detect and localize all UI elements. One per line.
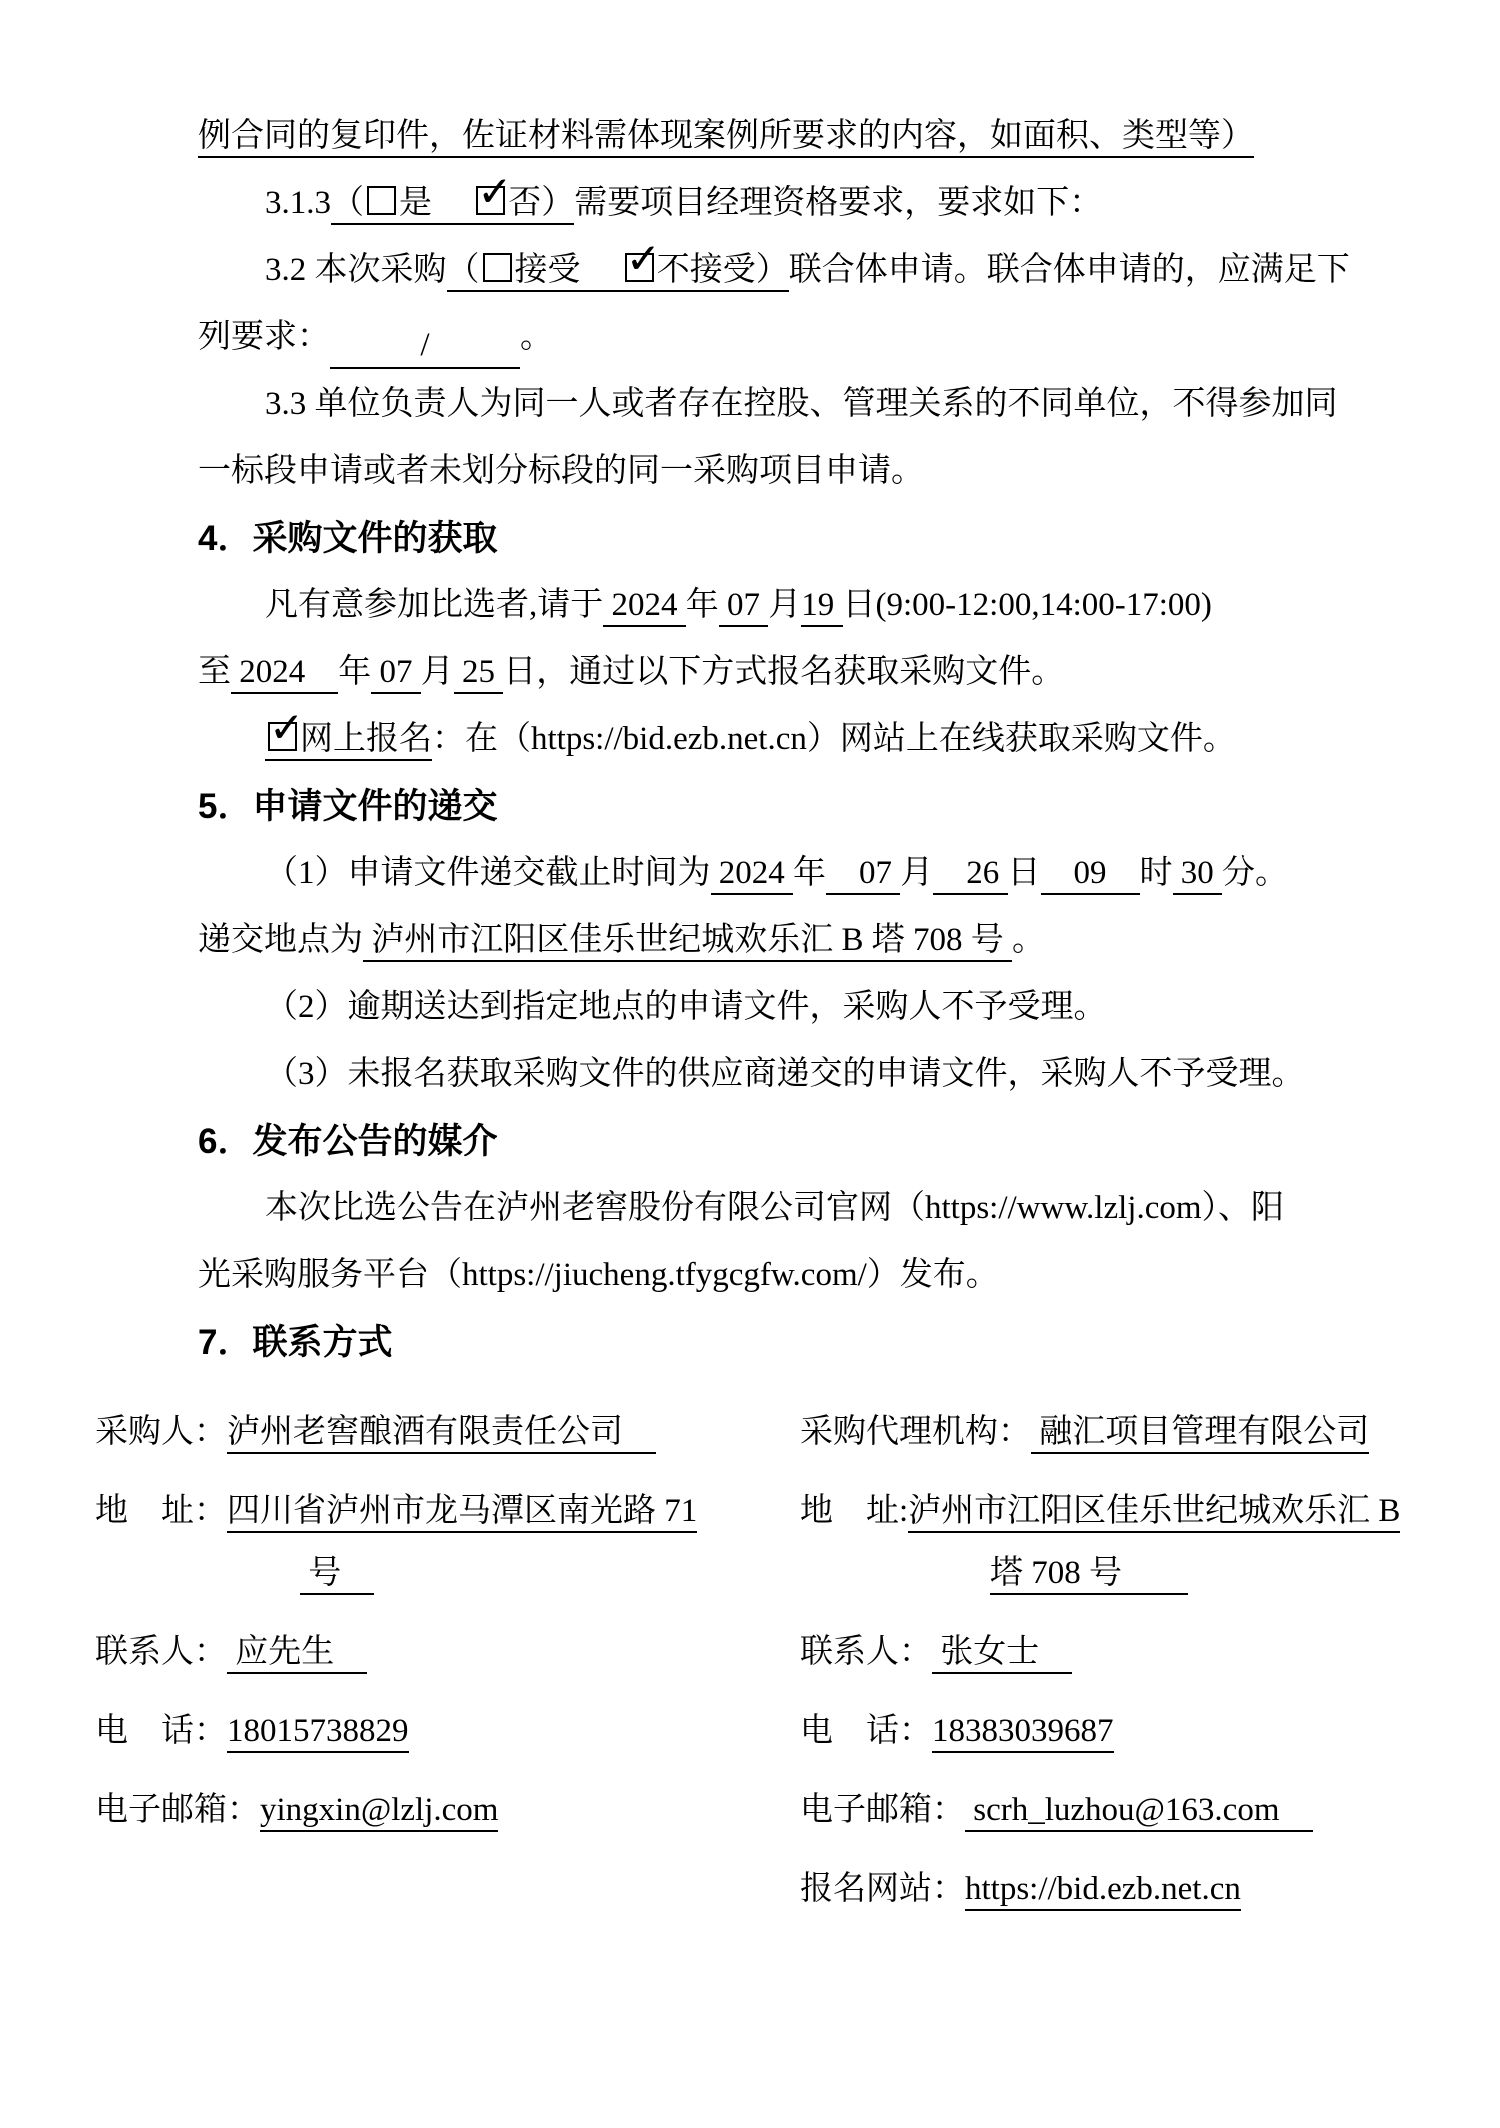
- line-late-submission: （2）逾期送达到指定地点的申请文件，采购人不予受理。: [198, 974, 1412, 1041]
- agency-address-value: 泸州市江阳区佳乐世纪城欢乐汇 B: [908, 1493, 1400, 1533]
- buyer-address-value-wrap: 号: [300, 1555, 374, 1595]
- online-signup-text: ：在（https://bid.ezb.net.cn）网站上在线获取采购文件。: [432, 721, 1236, 757]
- agency-cell: 采购代理机构： 融汇项目管理有限公司: [800, 1401, 1412, 1463]
- agency-contact-cell: 联系人： 张女士: [800, 1621, 1412, 1683]
- agency-address-line2: 塔 708 号: [800, 1542, 1412, 1604]
- agency-address-value-wrap: 塔 708 号: [990, 1555, 1188, 1595]
- buyer-address-line2: 号: [95, 1542, 800, 1604]
- clause-3-2-text: 联合体申请。联合体申请的，应满足下: [789, 252, 1350, 288]
- contact-row-person: 联系人： 应先生 联系人： 张女士: [95, 1621, 1412, 1683]
- hour-field: 09: [1041, 855, 1140, 895]
- line-clause-3-2-wrap: 列要求：/。: [198, 304, 1412, 371]
- location-lead: 递交地点为: [198, 922, 363, 958]
- contact-row-email: 电子邮箱：yingxin@lzlj.com 电子邮箱： scrh_luzhou@…: [95, 1779, 1412, 1841]
- minute-label: 分。: [1222, 855, 1288, 891]
- agency-phone-cell: 电 话：18383039687: [800, 1700, 1412, 1762]
- buyer-value: 泸州老窖酿酒有限责任公司: [227, 1414, 656, 1454]
- month-label: 月: [900, 855, 933, 891]
- line-clause-3-1-3: 3.1.3（是 ✓否）需要项目经理资格要求，要求如下：: [198, 170, 1412, 237]
- line-clause-3-3: 3.3 单位负责人为同一人或者存在控股、管理关系的不同单位，不得参加同: [198, 371, 1412, 438]
- address-label: 地 址:: [800, 1493, 908, 1529]
- phone-label: 电 话：: [800, 1713, 932, 1749]
- month-label: 月: [768, 587, 801, 623]
- heading-section-6: 6．发布公告的媒介: [198, 1108, 1412, 1175]
- buyer-address-cell: 地 址：四川省泸州市龙马潭区南光路 71 号: [95, 1480, 800, 1604]
- heading-section-4: 4．采购文件的获取: [198, 505, 1412, 572]
- year-label: 年: [793, 855, 826, 891]
- minute-field: 30: [1173, 855, 1223, 895]
- line-clause-3-2: 3.2 本次采购（接受 ✓不接受）联合体申请。联合体申请的，应满足下: [198, 237, 1412, 304]
- underlined-continuation-text: 例合同的复印件，佐证材料需体现案例所要求的内容，如面积、类型等）: [198, 118, 1254, 158]
- check-mark-icon: ✓: [626, 238, 661, 280]
- time-window: 日(9:00-12:00,14:00-17:00): [843, 587, 1212, 623]
- announcement-media-text-2: 光采购服务平台（https://jiucheng.tfygcgfw.com/）发…: [198, 1257, 999, 1293]
- line-clause-3-3-wrap: 一标段申请或者未划分标段的同一采购项目申请。: [198, 438, 1412, 505]
- heading-4-text: 4．采购文件的获取: [198, 519, 497, 558]
- option-not-accept-label: 不接受）: [657, 252, 789, 288]
- deadline-lead: （1）申请文件递交截止时间为: [265, 855, 711, 891]
- document-page: 例合同的复印件，佐证材料需体现案例所要求的内容，如面积、类型等） 3.1.3（是…: [0, 0, 1500, 2128]
- contact-person-label: 联系人：: [800, 1634, 932, 1670]
- contact-row-name: 采购人：泸州老窖酿酒有限责任公司 采购代理机构： 融汇项目管理有限公司: [95, 1401, 1412, 1463]
- check-mark-icon: ✓: [477, 171, 512, 213]
- agency-email-cell: 电子邮箱： scrh_luzhou@163.com: [800, 1779, 1412, 1841]
- email-label: 电子邮箱：: [800, 1792, 965, 1828]
- line-case-contract-continuation: 例合同的复印件，佐证材料需体现案例所要求的内容，如面积、类型等）: [198, 103, 1412, 170]
- clause-3-1-3-text: 需要项目经理资格要求，要求如下：: [574, 185, 1102, 221]
- phone-label: 电 话：: [95, 1713, 227, 1749]
- buyer-email-value: yingxin@lzlj.com: [260, 1792, 498, 1832]
- month-field: 07: [719, 587, 769, 627]
- agency-address-cell: 地 址:泸州市江阳区佳乐世纪城欢乐汇 B 塔 708 号: [800, 1480, 1412, 1604]
- agency-phone-value: 18383039687: [932, 1713, 1114, 1753]
- day-label: 日: [1008, 855, 1041, 891]
- contact-row-signup-site: 报名网站：https://bid.ezb.net.cn: [95, 1858, 1412, 1920]
- empty-cell: [95, 1858, 800, 1920]
- heading-6-text: 6．发布公告的媒介: [198, 1122, 497, 1161]
- checkbox-checked-icon: ✓: [476, 186, 505, 215]
- pm-qualification-field: （是 ✓否）: [331, 185, 574, 225]
- paren-open: （: [331, 185, 364, 221]
- email-label: 电子邮箱：: [95, 1792, 260, 1828]
- buyer-contact-value: 应先生: [227, 1634, 367, 1674]
- agency-email-value: scrh_luzhou@163.com: [965, 1792, 1313, 1832]
- obtain-lead: 凡有意参加比选者,请于: [265, 587, 603, 623]
- period: 。: [1012, 922, 1045, 958]
- signup-site-label: 报名网站：: [800, 1871, 965, 1907]
- checkbox-unchecked-icon: [483, 253, 512, 282]
- requirements-label: 列要求：: [198, 319, 330, 355]
- buyer-address-line1: 地 址：四川省泸州市龙马潭区南光路 71: [95, 1480, 800, 1542]
- contact-row-phone: 电 话：18015738829 电 话：18383039687: [95, 1700, 1412, 1762]
- line-obtain-docs-2: 至 2024 年 07 月 25 日，通过以下方式报名获取采购文件。: [198, 639, 1412, 706]
- buyer-address-value: 四川省泸州市龙马潭区南光路 71: [227, 1493, 697, 1533]
- obtain-tail: 日，通过以下方式报名获取采购文件。: [503, 654, 1064, 690]
- heading-5-text: 5．申请文件的递交: [198, 787, 497, 826]
- unregistered-submission-text: （3）未报名获取采购文件的供应商递交的申请文件，采购人不予受理。: [265, 1056, 1305, 1092]
- year-field: 2024: [603, 587, 686, 627]
- line-announcement-media-2: 光采购服务平台（https://jiucheng.tfygcgfw.com/）发…: [198, 1242, 1412, 1309]
- line-unregistered-submission: （3）未报名获取采购文件的供应商递交的申请文件，采购人不予受理。: [198, 1041, 1412, 1108]
- clause-3-3-text-wrap: 一标段申请或者未划分标段的同一采购项目申请。: [198, 453, 924, 489]
- checkbox-checked-icon: ✓: [268, 722, 297, 751]
- year-field: 2024: [231, 654, 338, 694]
- document-content: 例合同的复印件，佐证材料需体现案例所要求的内容，如面积、类型等） 3.1.3（是…: [0, 0, 1500, 1920]
- period: 。: [520, 319, 553, 355]
- announcement-media-text-1: 本次比选公告在泸州老窖股份有限公司官网（https://www.lzlj.com…: [265, 1190, 1284, 1226]
- clause-number: 3.1.3: [265, 185, 331, 221]
- blank-field: /: [330, 323, 520, 369]
- line-announcement-media-1: 本次比选公告在泸州老窖股份有限公司官网（https://www.lzlj.com…: [198, 1175, 1412, 1242]
- buyer-contact-cell: 联系人： 应先生: [95, 1621, 800, 1683]
- until-label: 至: [198, 654, 231, 690]
- month-field: 07: [826, 855, 900, 895]
- location-field: 泸州市江阳区佳乐世纪城欢乐汇 B 塔 708 号: [363, 922, 1012, 962]
- checkbox-checked-icon: ✓: [625, 253, 654, 282]
- agency-address-line1: 地 址:泸州市江阳区佳乐世纪城欢乐汇 B: [800, 1480, 1412, 1542]
- year-label: 年: [686, 587, 719, 623]
- heading-section-7: 7．联系方式: [198, 1309, 1412, 1376]
- signup-site-value: https://bid.ezb.net.cn: [965, 1871, 1241, 1911]
- buyer-label: 采购人：: [95, 1414, 227, 1450]
- heading-7-text: 7．联系方式: [198, 1323, 392, 1362]
- day-field: 26: [933, 855, 1007, 895]
- address-label: 地 址：: [95, 1493, 227, 1529]
- signup-site-cell: 报名网站：https://bid.ezb.net.cn: [800, 1858, 1412, 1920]
- option-no-label: 否）: [508, 185, 574, 221]
- contact-section: 采购人：泸州老窖酿酒有限责任公司 采购代理机构： 融汇项目管理有限公司 地 址：…: [95, 1401, 1412, 1920]
- line-obtain-docs-1: 凡有意参加比选者,请于 2024 年 07 月19 日(9:00-12:00,1…: [198, 572, 1412, 639]
- agency-contact-value: 张女士: [932, 1634, 1072, 1674]
- consortium-accept-field: （接受 ✓不接受）: [447, 252, 789, 292]
- option-accept-label: 接受: [515, 252, 622, 288]
- contact-row-address: 地 址：四川省泸州市龙马潭区南光路 71 号 地 址:泸州市江阳区佳乐世纪城欢乐…: [95, 1480, 1412, 1604]
- agency-label: 采购代理机构：: [800, 1414, 1031, 1450]
- line-online-signup: ✓网上报名：在（https://bid.ezb.net.cn）网站上在线获取采购…: [198, 706, 1412, 773]
- late-submission-text: （2）逾期送达到指定地点的申请文件，采购人不予受理。: [265, 989, 1107, 1025]
- buyer-phone-value: 18015738829: [227, 1713, 409, 1753]
- year-field: 2024: [711, 855, 794, 895]
- slash-placeholder: /: [420, 327, 429, 363]
- line-submit-location: 递交地点为 泸州市江阳区佳乐世纪城欢乐汇 B 塔 708 号 。: [198, 907, 1412, 974]
- day-field: 25: [454, 654, 504, 694]
- online-signup-label: 网上报名: [300, 721, 432, 757]
- line-deadline: （1）申请文件递交截止时间为 2024 年 07 月 26 日 09 时 30 …: [198, 840, 1412, 907]
- online-signup-field: ✓网上报名: [265, 721, 432, 761]
- year-label: 年: [338, 654, 371, 690]
- option-yes-label: 是: [399, 185, 473, 221]
- buyer-cell: 采购人：泸州老窖酿酒有限责任公司: [95, 1401, 800, 1463]
- hour-label: 时: [1140, 855, 1173, 891]
- day-field: 19: [801, 587, 842, 627]
- heading-section-5: 5．申请文件的递交: [198, 773, 1412, 840]
- checkbox-unchecked-icon: [367, 186, 396, 215]
- check-mark-icon: ✓: [269, 707, 304, 749]
- clause-3-3-text: 3.3 单位负责人为同一人或者存在控股、管理关系的不同单位，不得参加同: [265, 386, 1338, 422]
- agency-value: 融汇项目管理有限公司: [1031, 1414, 1369, 1454]
- paren-open: （: [447, 252, 480, 288]
- clause-3-2-lead: 3.2 本次采购: [265, 252, 447, 288]
- month-field: 07: [371, 654, 421, 694]
- contact-person-label: 联系人：: [95, 1634, 227, 1670]
- buyer-email-cell: 电子邮箱：yingxin@lzlj.com: [95, 1779, 800, 1841]
- month-label: 月: [421, 654, 454, 690]
- buyer-phone-cell: 电 话：18015738829: [95, 1700, 800, 1762]
